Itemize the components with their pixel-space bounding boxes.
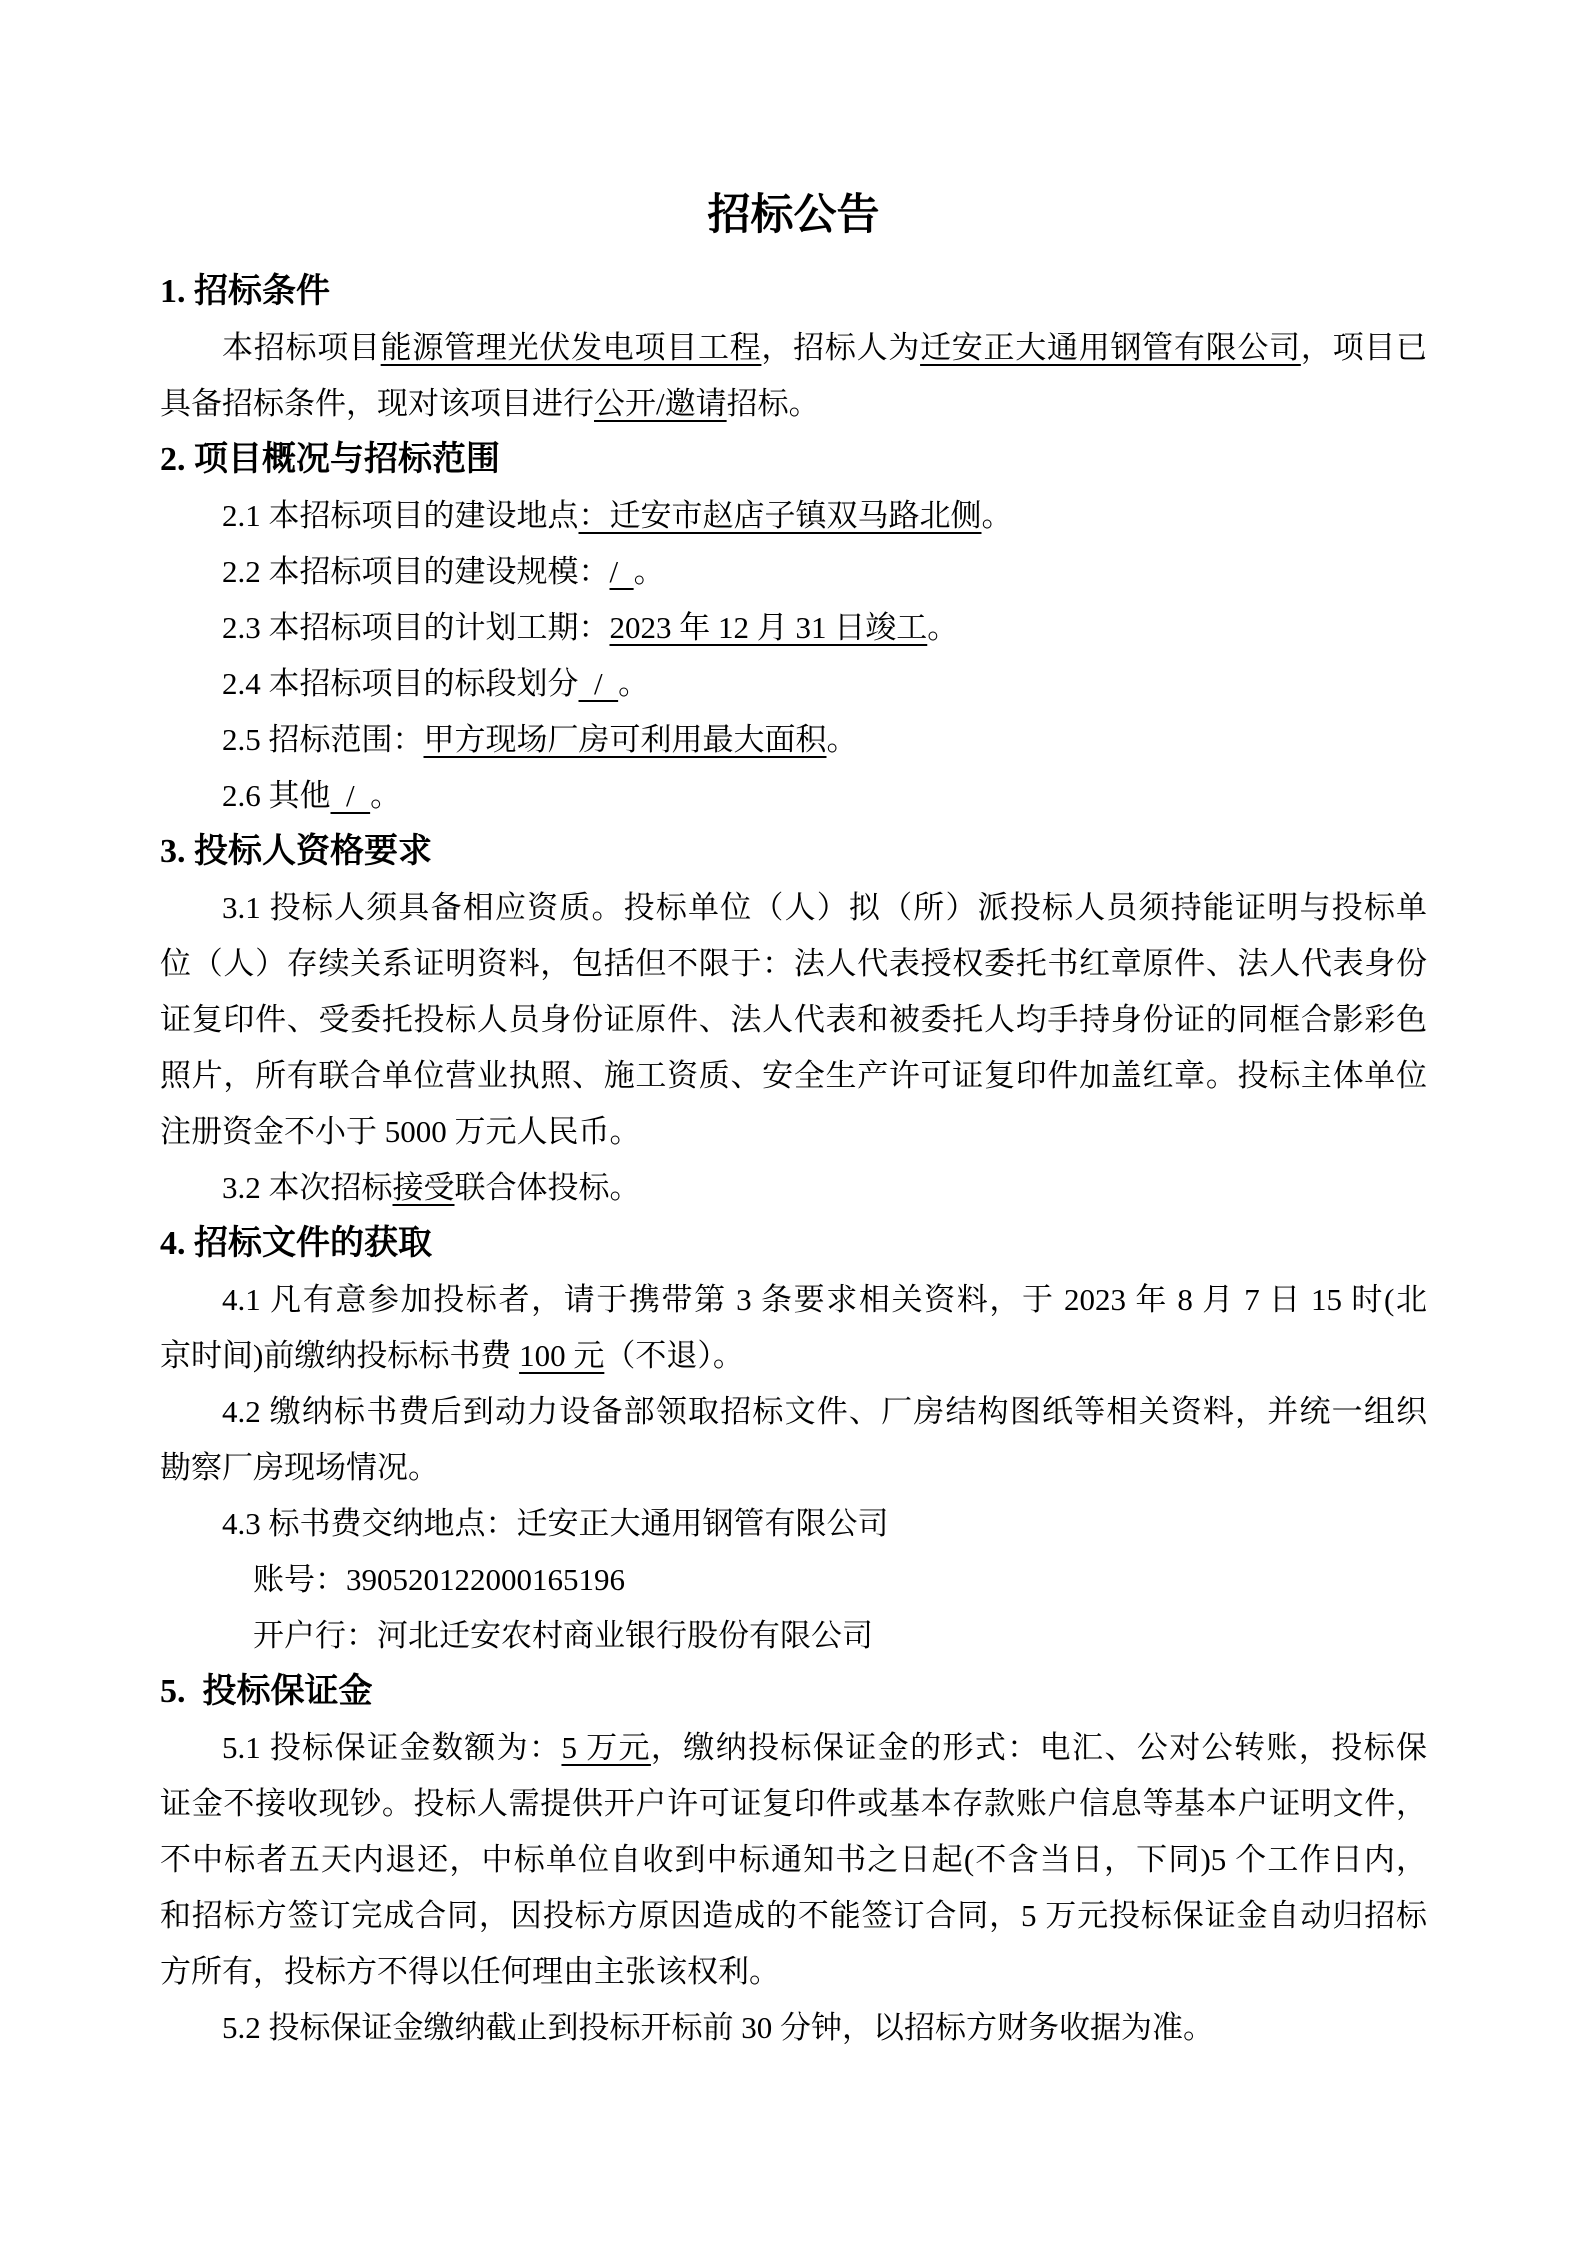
underlined-text: 迁安正大通用钢管有限公司 [920,330,1301,365]
text-segment: 4.2 缴纳标书费后到动力设备部领取招标文件、厂房结构图纸等相关资料，并统一组织 [222,1394,1427,1429]
text-segment: 开户行：河北迁安农村商业银行股份有限公司 [253,1618,873,1653]
text-segment: 5.1 投标保证金数额为： [222,1730,561,1765]
text-line: 证金不接收现钞。投标人需提供开户许可证复印件或基本存款账户信息等基本户证明文件， [160,1776,1427,1832]
text-segment: 4.1 凡有意参加投标者，请于携带第 3 条要求相关资料，于 2023 年 8 … [222,1282,1427,1317]
section-heading: 5. 投标保证金 [160,1664,1427,1720]
text-segment: 。 [827,722,858,757]
underlined-text: 5 万元 [561,1730,650,1765]
underlined-text: ：迁安市赵店子镇双马路北侧 [579,498,982,533]
text-segment: 注册资金不小于 5000 万元人民币。 [160,1114,641,1149]
text-line: 和招标方签订完成合同，因投标方原因造成的不能签订合同，5 万元投标保证金自动归招… [160,1888,1427,1944]
text-segment: 。 [927,610,958,645]
text-line: 2.2 本招标项目的建设规模：/ 。 [160,544,1427,600]
text-line: 2.6 其他 / 。 [160,768,1427,824]
text-line: 方所有，投标方不得以任何理由主张该权利。 [160,1944,1427,2000]
text-segment: 。 [618,666,649,701]
text-line: 本招标项目能源管理光伏发电项目工程，招标人为迁安正大通用钢管有限公司，项目已 [160,320,1427,376]
section-heading: 3. 投标人资格要求 [160,824,1427,880]
text-segment: 5.2 投标保证金缴纳截止到投标开标前 30 分钟，以招标方财务收据为准。 [222,2010,1214,2045]
section-heading: 2. 项目概况与招标范围 [160,432,1427,488]
text-line: 4.2 缴纳标书费后到动力设备部领取招标文件、厂房结构图纸等相关资料，并统一组织 [160,1384,1427,1440]
text-segment: 2.5 招标范围： [222,722,424,757]
text-segment: 。 [982,498,1013,533]
document-page: 招标公告 1. 招标条件本招标项目能源管理光伏发电项目工程，招标人为迁安正大通用… [0,0,1587,2245]
underlined-text: / [331,778,371,813]
text-line: 开户行：河北迁安农村商业银行股份有限公司 [160,1608,1427,1664]
text-segment: （不退）。 [604,1338,744,1373]
text-line: 2.4 本招标项目的标段划分 / 。 [160,656,1427,712]
text-segment: 证金不接收现钞。投标人需提供开户许可证复印件或基本存款账户信息等基本户证明文件， [160,1786,1427,1821]
text-segment: 方所有，投标方不得以任何理由主张该权利。 [160,1954,780,1989]
text-segment: 位（人）存续关系证明资料，包括但不限于：法人代表授权委托书红章原件、法人代表身份 [160,946,1427,981]
text-line: 不中标者五天内退还，中标单位自收到中标通知书之日起(不含当日，下同)5 个工作日… [160,1832,1427,1888]
text-line: 2.3 本招标项目的计划工期：2023 年 12 月 31 日竣工。 [160,600,1427,656]
text-segment: 本招标项目 [222,330,381,365]
text-line: 照片，所有联合单位营业执照、施工资质、安全生产许可证复印件加盖红章。投标主体单位 [160,1048,1427,1104]
underlined-text: 公开/邀请 [594,386,727,421]
underlined-text: 2023 年 12 月 31 日竣工 [610,610,928,645]
page-title: 招标公告 [160,190,1427,242]
text-segment: 。 [634,554,665,589]
text-line: 具备招标条件，现对该项目进行公开/邀请招标。 [160,376,1427,432]
text-segment: ，缴纳投标保证金的形式：电汇、公对公转账，投标保 [651,1730,1427,1765]
underlined-text: 能源管理光伏发电项目工程 [381,330,762,365]
text-segment: 2.1 本招标项目的建设地点 [222,498,579,533]
text-line: 3.1 投标人须具备相应资质。投标单位（人）拟（所）派投标人员须持能证明与投标单 [160,880,1427,936]
text-segment: 3.1 投标人须具备相应资质。投标单位（人）拟（所）派投标人员须持能证明与投标单 [222,890,1427,925]
text-segment: 招标。 [727,386,820,421]
text-segment: 京时间)前缴纳投标标书费 [160,1338,519,1373]
section-heading: 1. 招标条件 [160,264,1427,320]
text-segment: 2.6 其他 [222,778,331,813]
text-line: 4.3 标书费交纳地点：迁安正大通用钢管有限公司 [160,1496,1427,1552]
text-segment: ，招标人为 [761,330,920,365]
text-segment: 2.3 本招标项目的计划工期： [222,610,610,645]
text-segment: 2.2 本招标项目的建设规模： [222,554,610,589]
text-segment: 不中标者五天内退还，中标单位自收到中标通知书之日起(不含当日，下同)5 个工作日… [160,1842,1427,1877]
text-line: 5.1 投标保证金数额为：5 万元，缴纳投标保证金的形式：电汇、公对公转账，投标… [160,1720,1427,1776]
text-segment: ，项目已 [1301,330,1427,365]
document-content: 1. 招标条件本招标项目能源管理光伏发电项目工程，招标人为迁安正大通用钢管有限公… [160,264,1427,2056]
text-line: 勘察厂房现场情况。 [160,1440,1427,1496]
underlined-text: / [579,666,619,701]
text-line: 账号：390520122000165196 [160,1552,1427,1608]
underlined-text: / [610,554,634,589]
text-line: 2.1 本招标项目的建设地点：迁安市赵店子镇双马路北侧。 [160,488,1427,544]
text-line: 京时间)前缴纳投标标书费 100 元（不退）。 [160,1328,1427,1384]
text-segment: 具备招标条件，现对该项目进行 [160,386,594,421]
text-line: 4.1 凡有意参加投标者，请于携带第 3 条要求相关资料，于 2023 年 8 … [160,1272,1427,1328]
text-segment: 2.4 本招标项目的标段划分 [222,666,579,701]
underlined-text: 100 元 [519,1338,604,1373]
text-line: 2.5 招标范围：甲方现场厂房可利用最大面积。 [160,712,1427,768]
text-segment: 证复印件、受委托投标人员身份证原件、法人代表和被委托人均手持身份证的同框合影彩色 [160,1002,1427,1037]
text-segment: 。 [370,778,401,813]
text-segment: 账号：390520122000165196 [253,1562,625,1597]
text-segment: 照片，所有联合单位营业执照、施工资质、安全生产许可证复印件加盖红章。投标主体单位 [160,1058,1427,1093]
underlined-text: 接受 [393,1170,455,1205]
text-segment: 4.3 标书费交纳地点：迁安正大通用钢管有限公司 [222,1506,889,1541]
text-segment: 联合体投标。 [455,1170,641,1205]
text-line: 证复印件、受委托投标人员身份证原件、法人代表和被委托人均手持身份证的同框合影彩色 [160,992,1427,1048]
text-line: 位（人）存续关系证明资料，包括但不限于：法人代表授权委托书红章原件、法人代表身份 [160,936,1427,992]
underlined-text: 甲方现场厂房可利用最大面积 [424,722,827,757]
text-segment: 3.2 本次招标 [222,1170,393,1205]
section-heading: 4. 招标文件的获取 [160,1216,1427,1272]
text-line: 5.2 投标保证金缴纳截止到投标开标前 30 分钟，以招标方财务收据为准。 [160,2000,1427,2056]
text-line: 3.2 本次招标接受联合体投标。 [160,1160,1427,1216]
text-line: 注册资金不小于 5000 万元人民币。 [160,1104,1427,1160]
text-segment: 勘察厂房现场情况。 [160,1450,439,1485]
text-segment: 和招标方签订完成合同，因投标方原因造成的不能签订合同，5 万元投标保证金自动归招… [160,1898,1427,1933]
